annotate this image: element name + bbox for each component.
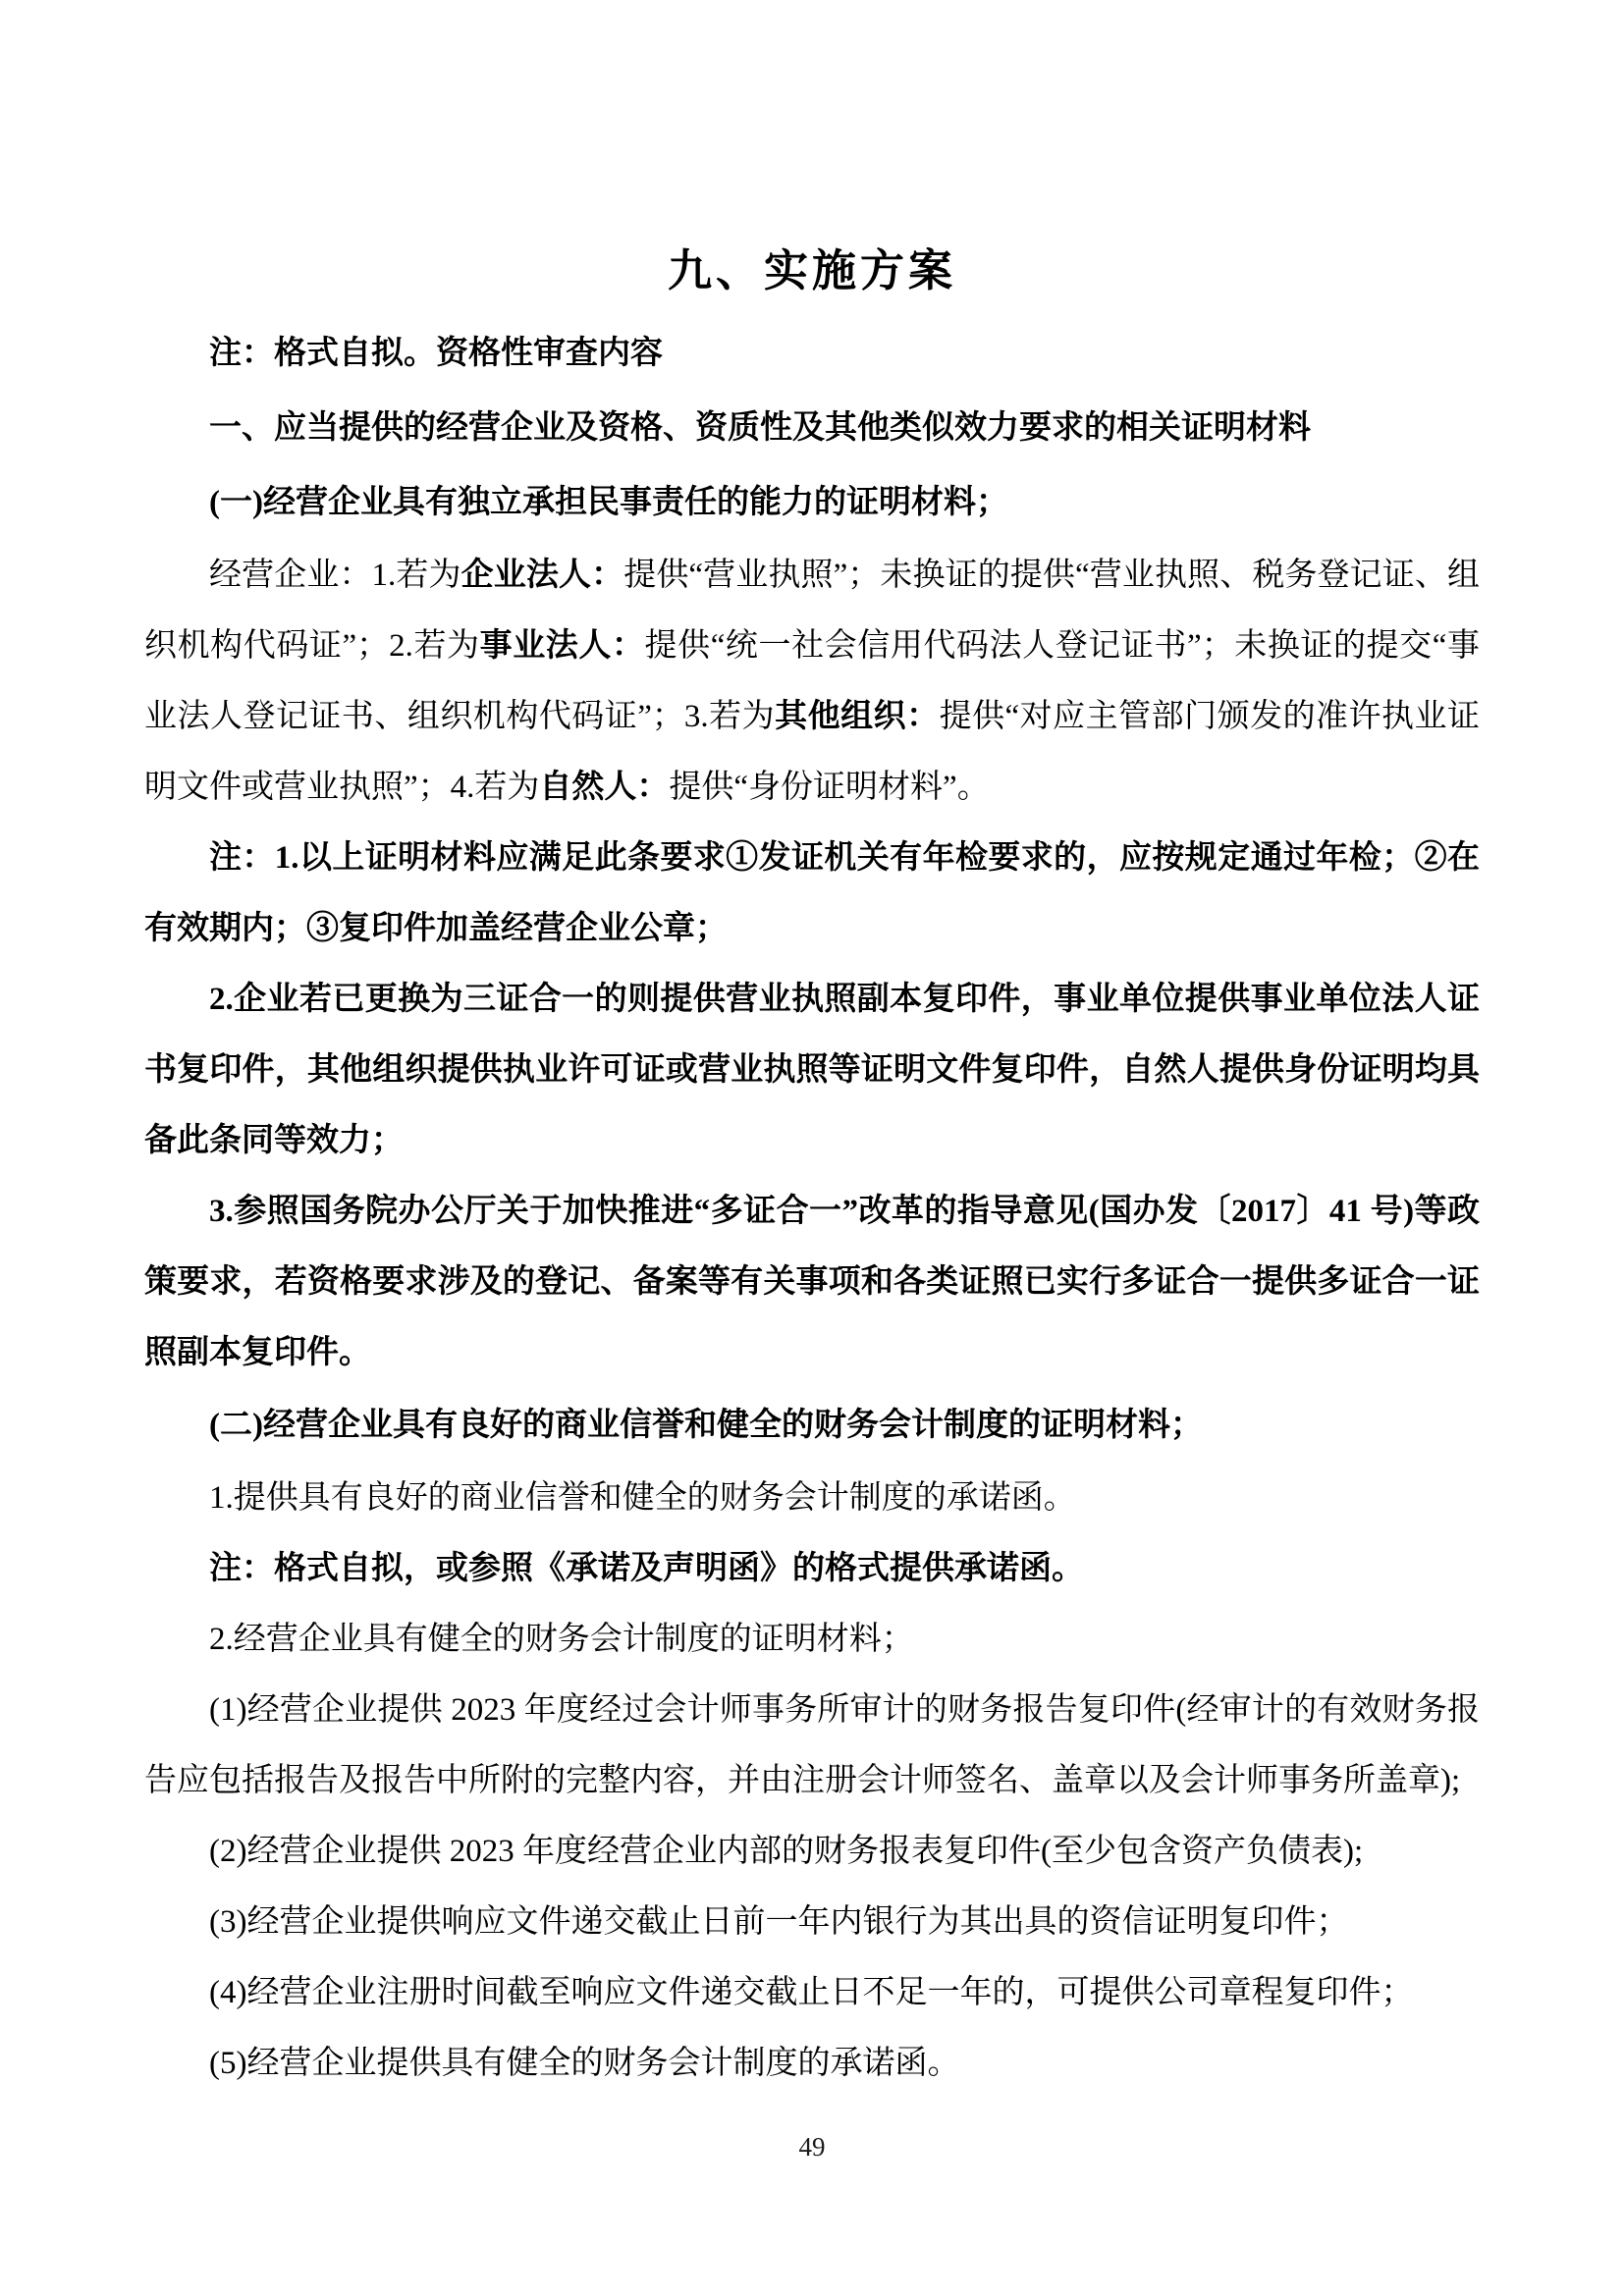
- paragraph: (3)经营企业提供响应文件递交截止日前一年内银行为其出具的资信证明复印件；: [144, 1887, 1480, 1957]
- paragraph: (4)经营企业注册时间截至响应文件递交截止日不足一年的，可提供公司章程复印件；: [144, 1957, 1480, 2028]
- text-run: 其他组织：: [775, 699, 939, 734]
- paragraph: (1)经营企业提供 2023 年度经过会计师事务所审计的财务报告复印件(经审计的…: [144, 1675, 1480, 1816]
- paragraph: 3.参照国务院办公厅关于加快推进“多证合一”改革的指导意见(国办发〔2017〕4…: [144, 1176, 1480, 1388]
- text-run: 注：格式自拟。资格性审查内容: [209, 336, 663, 371]
- document-content: 九、实施方案 注：格式自拟。资格性审查内容一、应当提供的经营企业及资格、资质性及…: [144, 226, 1480, 2099]
- text-run: (二)经营企业具有良好的商业信誉和健全的财务会计制度的证明材料；: [209, 1408, 1203, 1443]
- page-footer: 49: [0, 2132, 1624, 2163]
- text-run: 2.经营企业具有健全的财务会计制度的证明材料；: [209, 1622, 914, 1657]
- paragraph: 经营企业：1.若为企业法人：提供“营业执照”；未换证的提供“营业执照、税务登记证…: [144, 540, 1480, 823]
- paragraph: 一、应当提供的经营企业及资格、资质性及其他类似效力要求的相关证明材料: [144, 391, 1480, 465]
- text-run: (4)经营企业注册时间截至响应文件递交截止日不足一年的，可提供公司章程复印件；: [209, 1975, 1413, 2010]
- text-run: (一)经营企业具有独立承担民事责任的能力的证明材料；: [209, 485, 1008, 520]
- page-title: 九、实施方案: [144, 226, 1480, 316]
- document-page: 九、实施方案 注：格式自拟。资格性审查内容一、应当提供的经营企业及资格、资质性及…: [0, 0, 1624, 2296]
- text-run: 企业法人：: [461, 558, 624, 593]
- paragraph: 注：1.以上证明材料应满足此条要求①发证机关有年检要求的，应按规定通过年检；②在…: [144, 823, 1480, 964]
- text-run: (1)经营企业提供 2023 年度经过会计师事务所审计的财务报告复印件(经审计的…: [144, 1692, 1480, 1798]
- text-run: (5)经营企业提供具有健全的财务会计制度的承诺函。: [209, 2046, 959, 2081]
- page-number: 49: [799, 2132, 826, 2162]
- text-run: 经营企业：1.若为: [209, 558, 461, 593]
- paragraph: 1.提供具有良好的商业信誉和健全的财务会计制度的承诺函。: [144, 1463, 1480, 1533]
- text-run: 事业法人：: [480, 628, 645, 664]
- text-run: (3)经营企业提供响应文件递交截止日前一年内银行为其出具的资信证明复印件；: [209, 1904, 1348, 1940]
- text-run: 提供“身份证明材料”。: [669, 770, 989, 805]
- paragraph: 注：格式自拟，或参照《承诺及声明函》的格式提供承诺函。: [144, 1533, 1480, 1604]
- text-run: 一、应当提供的经营企业及资格、资质性及其他类似效力要求的相关证明材料: [209, 410, 1311, 446]
- paragraph: (二)经营企业具有良好的商业信誉和健全的财务会计制度的证明材料；: [144, 1388, 1480, 1463]
- text-run: 自然人：: [539, 770, 669, 805]
- text-run: 3.参照国务院办公厅关于加快推进“多证合一”改革的指导意见(国办发〔2017〕4…: [144, 1194, 1480, 1370]
- text-run: (2)经营企业提供 2023 年度经营企业内部的财务报表复印件(至少包含资产负债…: [209, 1834, 1363, 1869]
- paragraph: (2)经营企业提供 2023 年度经营企业内部的财务报表复印件(至少包含资产负债…: [144, 1816, 1480, 1887]
- text-run: 注：1.以上证明材料应满足此条要求①发证机关有年检要求的，应按规定通过年检；②在…: [144, 840, 1480, 946]
- paragraph: (一)经营企业具有独立承担民事责任的能力的证明材料；: [144, 465, 1480, 540]
- text-run: 1.提供具有良好的商业信誉和健全的财务会计制度的承诺函。: [209, 1480, 1076, 1516]
- text-run: 2.企业若已更换为三证合一的则提供营业执照副本复印件，事业单位提供事业单位法人证…: [144, 982, 1480, 1158]
- paragraph: 2.企业若已更换为三证合一的则提供营业执照副本复印件，事业单位提供事业单位法人证…: [144, 964, 1480, 1176]
- text-run: 注：格式自拟，或参照《承诺及声明函》的格式提供承诺函。: [209, 1551, 1084, 1586]
- paragraph-list: 注：格式自拟。资格性审查内容一、应当提供的经营企业及资格、资质性及其他类似效力要…: [144, 316, 1480, 2099]
- paragraph: (5)经营企业提供具有健全的财务会计制度的承诺函。: [144, 2028, 1480, 2099]
- paragraph: 2.经营企业具有健全的财务会计制度的证明材料；: [144, 1604, 1480, 1675]
- paragraph: 注：格式自拟。资格性审查内容: [144, 316, 1480, 391]
